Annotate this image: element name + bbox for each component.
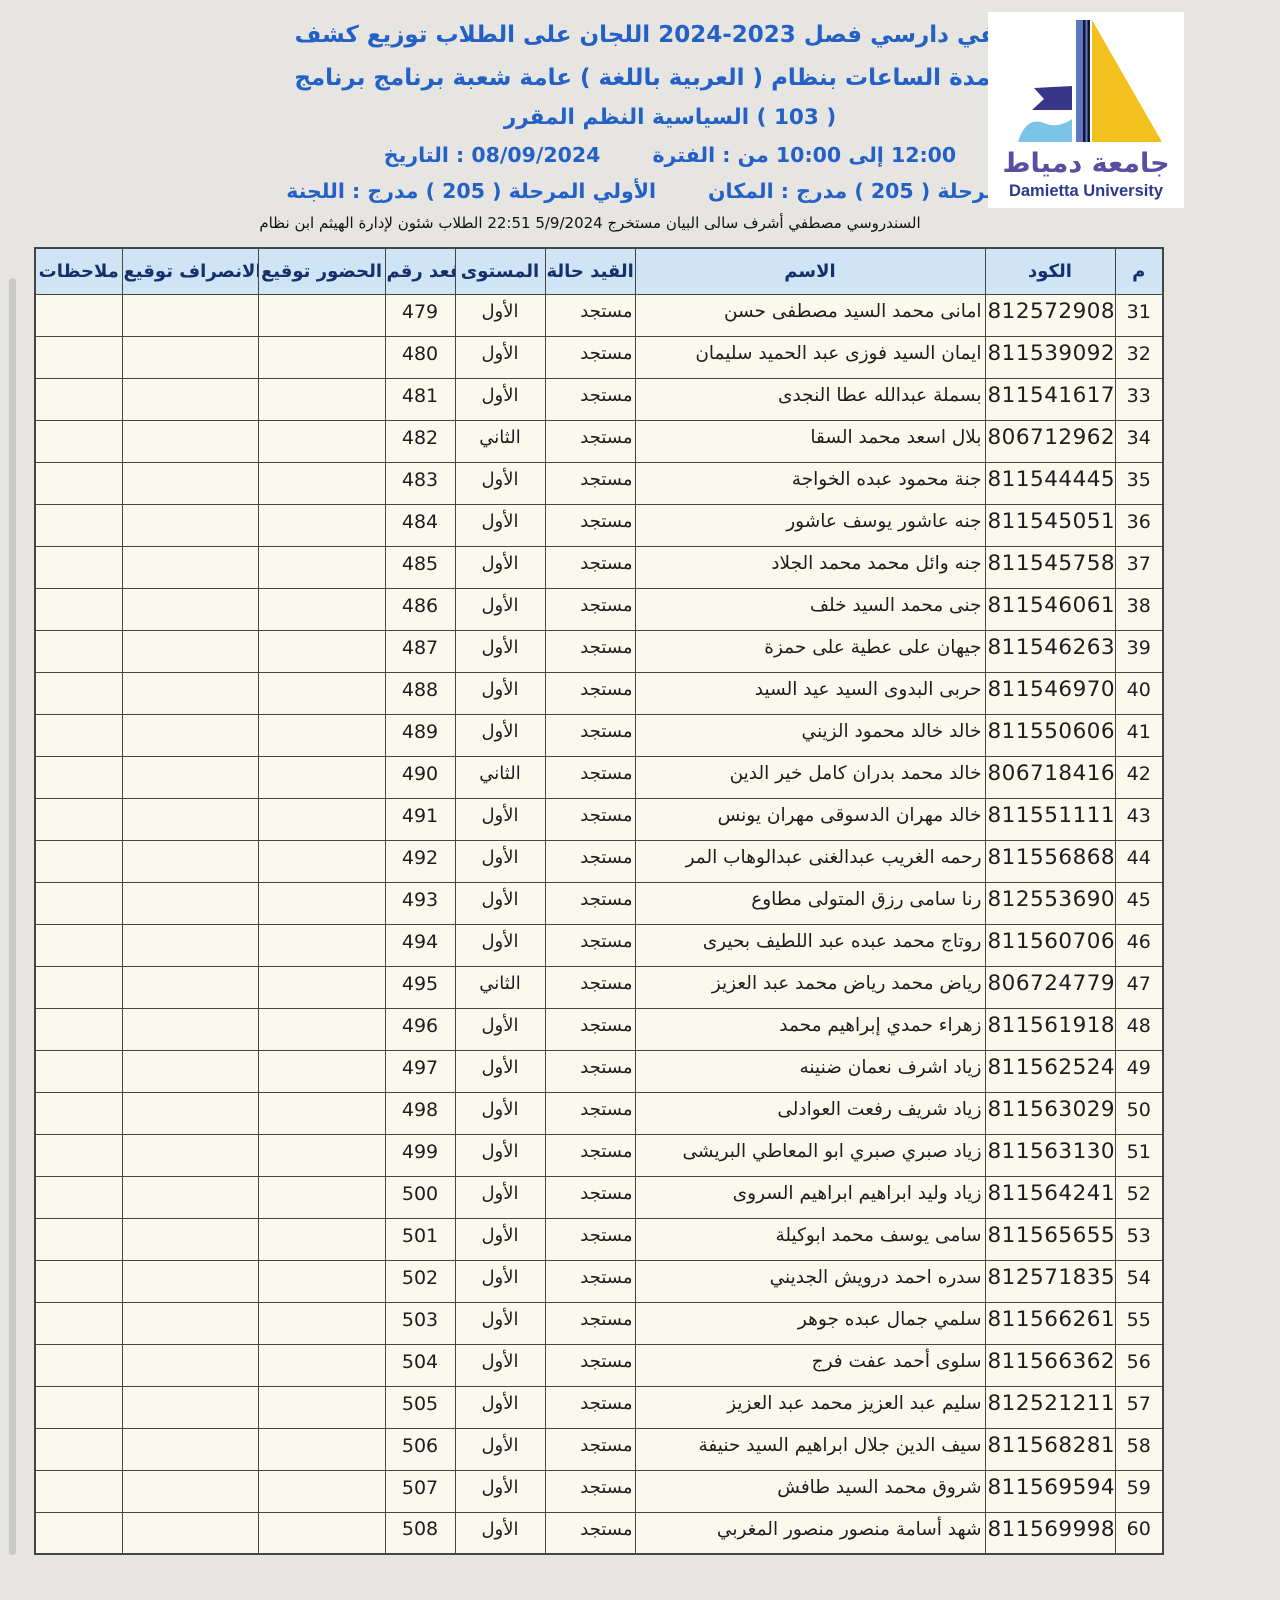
cell-seat-number: 493 xyxy=(385,882,455,924)
cell-row-number: 43 xyxy=(1115,798,1163,840)
cell-signature-out xyxy=(122,1386,258,1428)
table-row: 484 الأول مستجد جنه عاشور يوسف عاشور 811… xyxy=(35,504,1163,546)
cell-notes xyxy=(35,1260,122,1302)
table-row: 506 الأول مستجد سيف الدين جلال ابراهيم ا… xyxy=(35,1428,1163,1470)
cell-seat-number: 480 xyxy=(385,336,455,378)
cell-notes xyxy=(35,1008,122,1050)
cell-student-code: 811563130 xyxy=(985,1134,1115,1176)
cell-level: الأول xyxy=(455,1344,545,1386)
cell-status: مستجد xyxy=(545,882,635,924)
cell-signature-in xyxy=(258,756,385,798)
cell-student-name: جنة محمود عبده الخواجة xyxy=(635,462,985,504)
table-row: 490 الثاني مستجد خالد محمد بدران كامل خي… xyxy=(35,756,1163,798)
cell-student-code: 811565655 xyxy=(985,1218,1115,1260)
cell-signature-in xyxy=(258,630,385,672)
cell-level: الأول xyxy=(455,1260,545,1302)
cell-level: الأول xyxy=(455,882,545,924)
col-header-row-number: م xyxy=(1115,248,1163,294)
cell-student-code: 811546263 xyxy=(985,630,1115,672)
cell-status: مستجد xyxy=(545,1176,635,1218)
cell-status: مستجد xyxy=(545,504,635,546)
cell-seat-number: 485 xyxy=(385,546,455,588)
cell-notes xyxy=(35,672,122,714)
cell-seat-number: 502 xyxy=(385,1260,455,1302)
cell-signature-in xyxy=(258,1176,385,1218)
cell-row-number: 49 xyxy=(1115,1050,1163,1092)
table-row: 503 الأول مستجد سلمي جمال عبده جوهر 8115… xyxy=(35,1302,1163,1344)
table-row: 497 الأول مستجد زياد اشرف نعمان ضنينه 81… xyxy=(35,1050,1163,1092)
cell-row-number: 37 xyxy=(1115,546,1163,588)
cell-signature-out xyxy=(122,1008,258,1050)
cell-status: مستجد xyxy=(545,462,635,504)
cell-status: مستجد xyxy=(545,378,635,420)
cell-notes xyxy=(35,1134,122,1176)
cell-student-code: 811569594 xyxy=(985,1470,1115,1512)
cell-status: مستجد xyxy=(545,420,635,462)
cell-student-name: زياد شريف رفعت العوادلى xyxy=(635,1092,985,1134)
cell-signature-out xyxy=(122,882,258,924)
cell-signature-out xyxy=(122,1092,258,1134)
cell-signature-in xyxy=(258,1302,385,1344)
cell-status: مستجد xyxy=(545,294,635,336)
cell-seat-number: 484 xyxy=(385,504,455,546)
cell-seat-number: 508 xyxy=(385,1512,455,1554)
cell-level: الأول xyxy=(455,1050,545,1092)
cell-notes xyxy=(35,756,122,798)
table-row: 498 الأول مستجد زياد شريف رفعت العوادلى … xyxy=(35,1092,1163,1134)
cell-notes xyxy=(35,378,122,420)
table-row: 486 الأول مستجد جنى محمد السيد خلف 81154… xyxy=(35,588,1163,630)
table-body: 479 الأول مستجد امانى محمد السيد مصطفى ح… xyxy=(35,294,1163,1554)
cell-seat-number: 498 xyxy=(385,1092,455,1134)
cell-student-name: ايمان السيد فوزى عبد الحميد سليمان xyxy=(635,336,985,378)
cell-signature-in xyxy=(258,1218,385,1260)
cell-level: الأول xyxy=(455,1428,545,1470)
col-header-name: الاسم xyxy=(635,248,985,294)
cell-notes xyxy=(35,462,122,504)
cell-row-number: 35 xyxy=(1115,462,1163,504)
cell-signature-in xyxy=(258,924,385,966)
university-logo: جامعة دمياط Damietta University xyxy=(988,12,1184,208)
cell-status: مستجد xyxy=(545,1386,635,1428)
cell-signature-in xyxy=(258,1428,385,1470)
cell-student-name: خالد محمد بدران كامل خير الدين xyxy=(635,756,985,798)
cell-status: مستجد xyxy=(545,1344,635,1386)
table-row: 504 الأول مستجد سلوى أحمد عفت فرج 811566… xyxy=(35,1344,1163,1386)
cell-student-name: سليم عبد العزيز محمد عبد العزيز xyxy=(635,1386,985,1428)
cell-row-number: 51 xyxy=(1115,1134,1163,1176)
cell-student-name: خالد خالد محمود الزيني xyxy=(635,714,985,756)
cell-signature-out xyxy=(122,840,258,882)
cell-signature-out xyxy=(122,1176,258,1218)
cell-status: مستجد xyxy=(545,1008,635,1050)
cell-signature-out xyxy=(122,1050,258,1092)
course-text: المقرر النظم السياسية ( 103 ) xyxy=(504,99,836,137)
cell-seat-number: 482 xyxy=(385,420,455,462)
cell-level: الأول xyxy=(455,546,545,588)
table-row: 491 الأول مستجد خالد مهران الدسوقى مهران… xyxy=(35,798,1163,840)
cell-student-name: سيف الدين جلال ابراهيم السيد حنيفة xyxy=(635,1428,985,1470)
cell-student-code: 811546970 xyxy=(985,672,1115,714)
cell-status: مستجد xyxy=(545,1512,635,1554)
cell-notes xyxy=(35,1092,122,1134)
cell-status: مستجد xyxy=(545,1050,635,1092)
cell-row-number: 33 xyxy=(1115,378,1163,420)
cell-level: الأول xyxy=(455,924,545,966)
cell-signature-out xyxy=(122,1428,258,1470)
cell-level: الأول xyxy=(455,1218,545,1260)
logo-english-name: Damietta University xyxy=(1009,182,1164,200)
cell-notes xyxy=(35,504,122,546)
cell-student-name: روتاج محمد عبده عبد اللطيف بحيرى xyxy=(635,924,985,966)
cell-student-name: رنا سامى رزق المتولى مطاوع xyxy=(635,882,985,924)
cell-level: الأول xyxy=(455,630,545,672)
cell-row-number: 41 xyxy=(1115,714,1163,756)
cell-signature-out xyxy=(122,1218,258,1260)
cell-level: الأول xyxy=(455,1386,545,1428)
cell-level: الثاني xyxy=(455,420,545,462)
scrollbar[interactable] xyxy=(9,278,16,1555)
cell-status: مستجد xyxy=(545,1134,635,1176)
cell-signature-in xyxy=(258,966,385,1008)
cell-signature-out xyxy=(122,798,258,840)
cell-status: مستجد xyxy=(545,672,635,714)
col-header-notes: ملاحظات xyxy=(35,248,122,294)
cell-row-number: 34 xyxy=(1115,420,1163,462)
cell-student-name: سامى يوسف محمد ابوكيلة xyxy=(635,1218,985,1260)
cell-signature-out xyxy=(122,588,258,630)
cell-level: الأول xyxy=(455,1176,545,1218)
cell-student-name: سلمي جمال عبده جوهر xyxy=(635,1302,985,1344)
cell-student-name: حربى البدوى السيد عيد السيد xyxy=(635,672,985,714)
cell-student-code: 812521211 xyxy=(985,1386,1115,1428)
table-row: 496 الأول مستجد زهراء حمدي إبراهيم محمد … xyxy=(35,1008,1163,1050)
cell-student-code: 811563029 xyxy=(985,1092,1115,1134)
cell-signature-out xyxy=(122,1302,258,1344)
program-text: برنامج برنامج شعبة عامة ( باللغة العربية… xyxy=(294,57,1045,99)
cell-student-code: 811556868 xyxy=(985,840,1115,882)
cell-notes xyxy=(35,798,122,840)
cell-student-name: سدره احمد درويش الجديني xyxy=(635,1260,985,1302)
cell-seat-number: 506 xyxy=(385,1428,455,1470)
cell-student-name: جنه عاشور يوسف عاشور xyxy=(635,504,985,546)
cell-row-number: 58 xyxy=(1115,1428,1163,1470)
table-row: 499 الأول مستجد زياد صبري صبري ابو المعا… xyxy=(35,1134,1163,1176)
cell-student-name: زياد صبري صبري ابو المعاطي البريشى xyxy=(635,1134,985,1176)
cell-signature-in xyxy=(258,378,385,420)
cell-notes xyxy=(35,1512,122,1554)
cell-signature-out xyxy=(122,1512,258,1554)
cell-status: مستجد xyxy=(545,336,635,378)
students-table: ملاحظات توقيع الانصراف توقيع الحضور رقم … xyxy=(34,247,1164,1555)
cell-student-name: رياض محمد رياض محمد عبد العزيز xyxy=(635,966,985,1008)
cell-notes xyxy=(35,1470,122,1512)
table-row: 500 الأول مستجد زياد وليد ابراهيم ابراهي… xyxy=(35,1176,1163,1218)
cell-student-code: 812572908 xyxy=(985,294,1115,336)
cell-signature-in xyxy=(258,294,385,336)
cell-signature-in xyxy=(258,588,385,630)
cell-signature-in xyxy=(258,1512,385,1554)
cell-signature-out xyxy=(122,672,258,714)
cell-level: الأول xyxy=(455,294,545,336)
table-row: 508 الأول مستجد شهد أسامة منصور منصور ال… xyxy=(35,1512,1163,1554)
cell-student-code: 811539092 xyxy=(985,336,1115,378)
cell-seat-number: 481 xyxy=(385,378,455,420)
cell-level: الثاني xyxy=(455,966,545,1008)
cell-signature-in xyxy=(258,1050,385,1092)
cell-row-number: 36 xyxy=(1115,504,1163,546)
cell-signature-in xyxy=(258,1386,385,1428)
cell-level: الأول xyxy=(455,714,545,756)
cell-notes xyxy=(35,1428,122,1470)
cell-student-name: خالد مهران الدسوقى مهران يونس xyxy=(635,798,985,840)
cell-row-number: 57 xyxy=(1115,1386,1163,1428)
cell-row-number: 32 xyxy=(1115,336,1163,378)
cell-level: الأول xyxy=(455,462,545,504)
damietta-university-emblem: جامعة دمياط Damietta University xyxy=(988,12,1184,208)
cell-student-code: 811544445 xyxy=(985,462,1115,504)
cell-status: مستجد xyxy=(545,756,635,798)
mast-stripe xyxy=(1088,20,1091,142)
cell-seat-number: 503 xyxy=(385,1302,455,1344)
cell-status: مستجد xyxy=(545,1218,635,1260)
cell-notes xyxy=(35,588,122,630)
cell-notes xyxy=(35,1386,122,1428)
cell-student-name: جنى محمد السيد خلف xyxy=(635,588,985,630)
cell-row-number: 44 xyxy=(1115,840,1163,882)
cell-student-name: بسملة عبدالله عطا النجدى xyxy=(635,378,985,420)
table-row: 507 الأول مستجد شروق محمد السيد طافش 811… xyxy=(35,1470,1163,1512)
committee-text: اللجنة : مدرج ( 205 ) المرحلة الأولي xyxy=(286,173,656,209)
table-row: 495 الثاني مستجد رياض محمد رياض محمد عبد… xyxy=(35,966,1163,1008)
table-row: 489 الأول مستجد خالد خالد محمود الزيني 8… xyxy=(35,714,1163,756)
col-header-status: حالة القيد xyxy=(545,248,635,294)
cell-signature-out xyxy=(122,966,258,1008)
cell-signature-out xyxy=(122,546,258,588)
cell-row-number: 38 xyxy=(1115,588,1163,630)
cell-student-name: جيهان على عطية على حمزة xyxy=(635,630,985,672)
table-row: 480 الأول مستجد ايمان السيد فوزى عبد الح… xyxy=(35,336,1163,378)
cell-level: الأول xyxy=(455,1092,545,1134)
cell-row-number: 39 xyxy=(1115,630,1163,672)
cell-status: مستجد xyxy=(545,588,635,630)
cell-level: الأول xyxy=(455,1470,545,1512)
cell-student-name: بلال اسعد محمد السقا xyxy=(635,420,985,462)
cell-row-number: 45 xyxy=(1115,882,1163,924)
cell-notes xyxy=(35,966,122,1008)
cell-student-code: 811541617 xyxy=(985,378,1115,420)
cell-signature-out xyxy=(122,630,258,672)
cell-seat-number: 483 xyxy=(385,462,455,504)
cell-notes xyxy=(35,1050,122,1092)
cell-student-code: 811568281 xyxy=(985,1428,1115,1470)
cell-level: الثاني xyxy=(455,756,545,798)
cell-notes xyxy=(35,420,122,462)
cell-signature-out xyxy=(122,1260,258,1302)
table-row: 502 الأول مستجد سدره احمد درويش الجديني … xyxy=(35,1260,1163,1302)
cell-status: مستجد xyxy=(545,1260,635,1302)
cell-signature-out xyxy=(122,1344,258,1386)
period-text: الفترة : من 10:00 إلى 12:00 xyxy=(652,137,956,173)
table-row: 479 الأول مستجد امانى محمد السيد مصطفى ح… xyxy=(35,294,1163,336)
cell-student-name: امانى محمد السيد مصطفى حسن xyxy=(635,294,985,336)
cell-seat-number: 504 xyxy=(385,1344,455,1386)
cell-level: الأول xyxy=(455,798,545,840)
cell-level: الأول xyxy=(455,1512,545,1554)
cell-signature-in xyxy=(258,882,385,924)
cell-seat-number: 491 xyxy=(385,798,455,840)
cell-status: مستجد xyxy=(545,1302,635,1344)
table-row: 505 الأول مستجد سليم عبد العزيز محمد عبد… xyxy=(35,1386,1163,1428)
cell-seat-number: 501 xyxy=(385,1218,455,1260)
cell-notes xyxy=(35,336,122,378)
cell-seat-number: 487 xyxy=(385,630,455,672)
cell-level: الأول xyxy=(455,1134,545,1176)
cell-signature-in xyxy=(258,546,385,588)
cell-signature-out xyxy=(122,504,258,546)
cell-student-name: رحمه الغريب عبدالغنى عبدالوهاب المر xyxy=(635,840,985,882)
cell-signature-in xyxy=(258,420,385,462)
table-row: 482 الثاني مستجد بلال اسعد محمد السقا 80… xyxy=(35,420,1163,462)
cell-status: مستجد xyxy=(545,630,635,672)
cell-seat-number: 490 xyxy=(385,756,455,798)
cell-signature-out xyxy=(122,378,258,420)
cell-status: مستجد xyxy=(545,966,635,1008)
col-header-signature-in: توقيع الحضور xyxy=(258,248,385,294)
cell-signature-out xyxy=(122,714,258,756)
cell-student-code: 811566261 xyxy=(985,1302,1115,1344)
cell-student-code: 811550606 xyxy=(985,714,1115,756)
cell-student-code: 811566362 xyxy=(985,1344,1115,1386)
cell-student-code: 806718416 xyxy=(985,756,1115,798)
cell-row-number: 47 xyxy=(1115,966,1163,1008)
cell-status: مستجد xyxy=(545,840,635,882)
cell-signature-out xyxy=(122,1134,258,1176)
cell-level: الأول xyxy=(455,672,545,714)
cell-row-number: 48 xyxy=(1115,1008,1163,1050)
title-line-program: برنامج برنامج شعبة عامة ( باللغة العربية… xyxy=(294,57,1045,99)
cell-status: مستجد xyxy=(545,1428,635,1470)
cell-seat-number: 496 xyxy=(385,1008,455,1050)
col-header-code: الكود xyxy=(985,248,1115,294)
cell-status: مستجد xyxy=(545,1092,635,1134)
col-header-signature-out: توقيع الانصراف xyxy=(122,248,258,294)
system-info-line: نظام ابن الهيثم لإدارة شئون الطلاب 22:51… xyxy=(110,214,1070,232)
cell-student-name: زياد اشرف نعمان ضنينه xyxy=(635,1050,985,1092)
cell-signature-in xyxy=(258,504,385,546)
cell-row-number: 52 xyxy=(1115,1176,1163,1218)
table-row: 487 الأول مستجد جيهان على عطية على حمزة … xyxy=(35,630,1163,672)
cell-notes xyxy=(35,840,122,882)
title-line-distribution: كشف توزيع الطلاب على اللجان 2024-2023 فص… xyxy=(295,14,1046,57)
cell-status: مستجد xyxy=(545,798,635,840)
cell-student-code: 811551111 xyxy=(985,798,1115,840)
cell-signature-in xyxy=(258,1470,385,1512)
cell-row-number: 60 xyxy=(1115,1512,1163,1554)
cell-seat-number: 492 xyxy=(385,840,455,882)
table-row: 483 الأول مستجد جنة محمود عبده الخواجة 8… xyxy=(35,462,1163,504)
table-header-row: ملاحظات توقيع الانصراف توقيع الحضور رقم … xyxy=(35,248,1163,294)
cell-status: مستجد xyxy=(545,1470,635,1512)
date-text: التاريخ : 08/09/2024 xyxy=(384,137,601,173)
table-row: 493 الأول مستجد رنا سامى رزق المتولى مطا… xyxy=(35,882,1163,924)
cell-notes xyxy=(35,546,122,588)
cell-signature-in xyxy=(258,336,385,378)
cell-level: الأول xyxy=(455,504,545,546)
cell-seat-number: 486 xyxy=(385,588,455,630)
cell-signature-in xyxy=(258,672,385,714)
cell-student-name: سلوى أحمد عفت فرج xyxy=(635,1344,985,1386)
cell-signature-in xyxy=(258,1260,385,1302)
cell-row-number: 31 xyxy=(1115,294,1163,336)
cell-student-code: 806712962 xyxy=(985,420,1115,462)
cell-signature-in xyxy=(258,1092,385,1134)
cell-notes xyxy=(35,924,122,966)
cell-notes xyxy=(35,1302,122,1344)
cell-notes xyxy=(35,1344,122,1386)
logo-arabic-name: جامعة دمياط xyxy=(1002,148,1169,179)
cell-student-code: 811569998 xyxy=(985,1512,1115,1554)
cell-seat-number: 505 xyxy=(385,1386,455,1428)
cell-row-number: 55 xyxy=(1115,1302,1163,1344)
cell-signature-in xyxy=(258,1134,385,1176)
cell-student-name: شهد أسامة منصور منصور المغربي xyxy=(635,1512,985,1554)
cell-notes xyxy=(35,882,122,924)
cell-level: الأول xyxy=(455,840,545,882)
cell-row-number: 53 xyxy=(1115,1218,1163,1260)
cell-student-code: 811564241 xyxy=(985,1176,1115,1218)
table-row: 488 الأول مستجد حربى البدوى السيد عيد ال… xyxy=(35,672,1163,714)
table-row: 501 الأول مستجد سامى يوسف محمد ابوكيلة 8… xyxy=(35,1218,1163,1260)
title-line-course: المقرر النظم السياسية ( 103 ) xyxy=(504,99,836,137)
cell-student-code: 811562524 xyxy=(985,1050,1115,1092)
cell-student-code: 811545758 xyxy=(985,546,1115,588)
system-info-text: نظام ابن الهيثم لإدارة شئون الطلاب 22:51… xyxy=(259,214,920,232)
cell-signature-out xyxy=(122,462,258,504)
cell-row-number: 42 xyxy=(1115,756,1163,798)
cell-row-number: 46 xyxy=(1115,924,1163,966)
cell-student-code: 812571835 xyxy=(985,1260,1115,1302)
cell-student-code: 806724779 xyxy=(985,966,1115,1008)
table-row: 481 الأول مستجد بسملة عبدالله عطا النجدى… xyxy=(35,378,1163,420)
cell-status: مستجد xyxy=(545,546,635,588)
cell-seat-number: 500 xyxy=(385,1176,455,1218)
cell-level: الأول xyxy=(455,378,545,420)
title-line-date-period: التاريخ : 08/09/2024 الفترة : من 10:00 إ… xyxy=(384,137,956,173)
cell-seat-number: 499 xyxy=(385,1134,455,1176)
cell-signature-in xyxy=(258,798,385,840)
cell-status: مستجد xyxy=(545,714,635,756)
cell-student-code: 811560706 xyxy=(985,924,1115,966)
cell-notes xyxy=(35,1218,122,1260)
title-line-committee-place: اللجنة : مدرج ( 205 ) المرحلة الأولي الم… xyxy=(286,173,1054,209)
cell-student-name: زهراء حمدي إبراهيم محمد xyxy=(635,1008,985,1050)
mast-stripe xyxy=(1083,20,1086,142)
cell-notes xyxy=(35,714,122,756)
cell-seat-number: 507 xyxy=(385,1470,455,1512)
title-text: كشف توزيع الطلاب على اللجان 2024-2023 فص… xyxy=(295,14,1046,57)
cell-signature-out xyxy=(122,420,258,462)
table-row: 494 الأول مستجد روتاج محمد عبده عبد اللط… xyxy=(35,924,1163,966)
cell-signature-out xyxy=(122,924,258,966)
cell-seat-number: 488 xyxy=(385,672,455,714)
table-row: 485 الأول مستجد جنه وائل محمد محمد الجلا… xyxy=(35,546,1163,588)
cell-seat-number: 489 xyxy=(385,714,455,756)
cell-seat-number: 479 xyxy=(385,294,455,336)
cell-level: الأول xyxy=(455,588,545,630)
table-row: 492 الأول مستجد رحمه الغريب عبدالغنى عبد… xyxy=(35,840,1163,882)
cell-row-number: 50 xyxy=(1115,1092,1163,1134)
